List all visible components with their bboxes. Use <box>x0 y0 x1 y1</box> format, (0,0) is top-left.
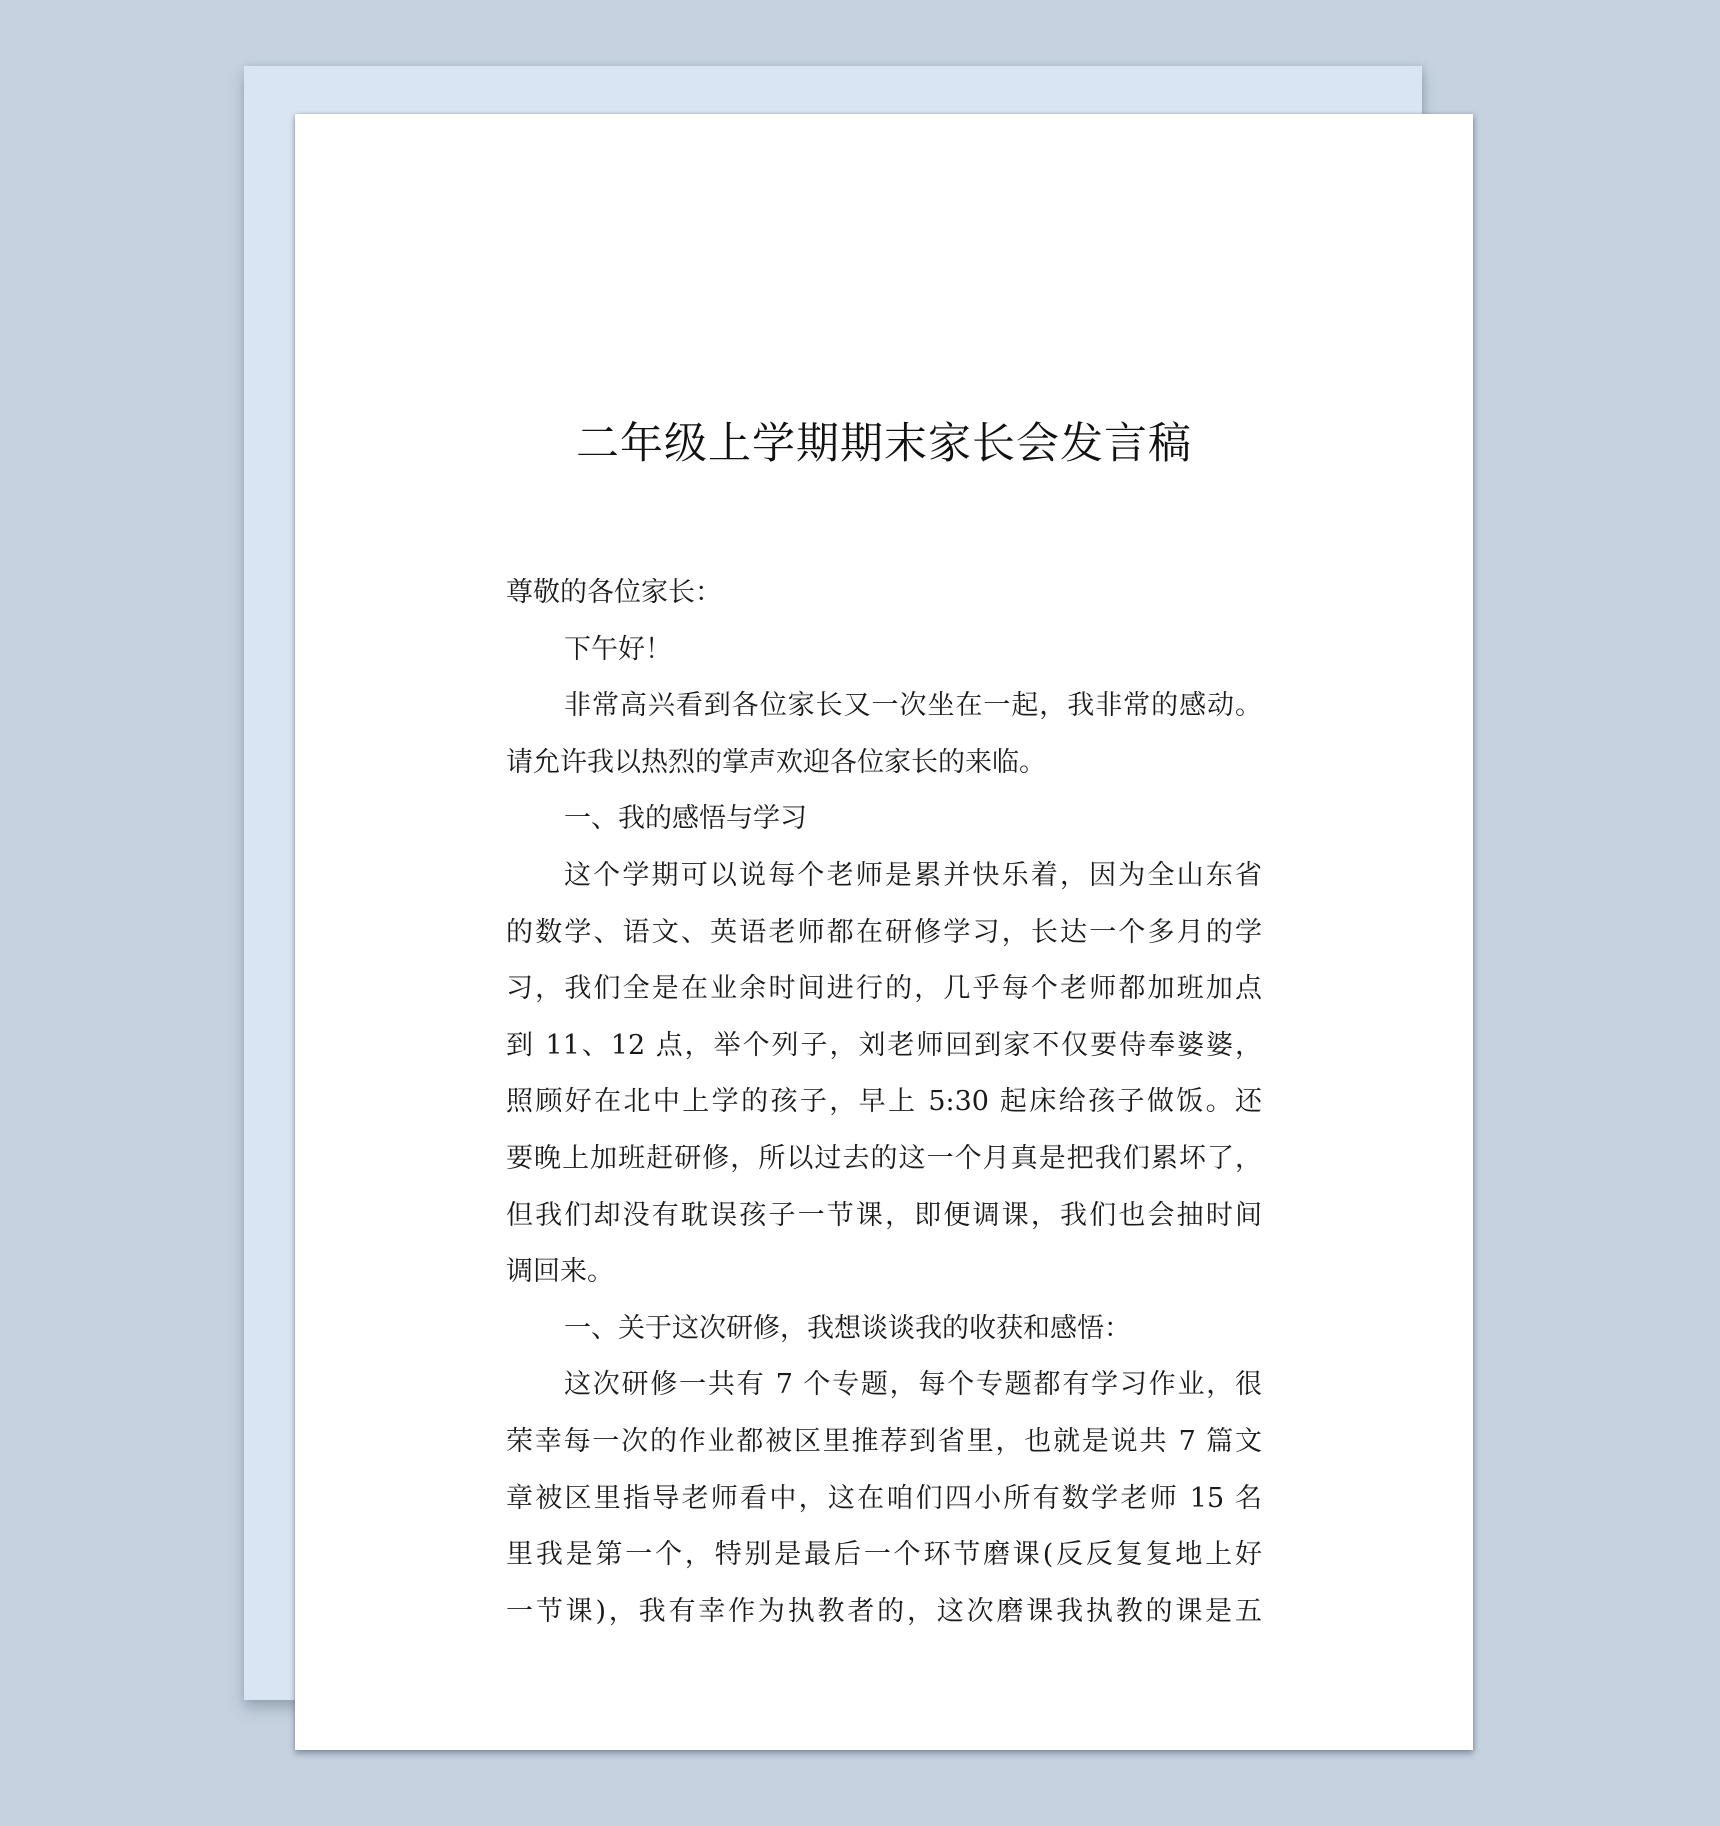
salutation-line: 尊敬的各位家长： <box>506 565 1262 622</box>
paragraph-line: 要晚上加班赶研修，所以过去的这一个月真是把我们累坏了， <box>506 1131 1262 1188</box>
paragraph-line: 里我是第一个，特别是最后一个环节磨课(反反复复地上好 <box>506 1527 1262 1584</box>
paragraph-line: 但我们却没有耽误孩子一节课，即便调课，我们也会抽时间 <box>506 1188 1262 1245</box>
paragraph-line: 到 11、12 点，举个列子，刘老师回到家不仅要侍奉婆婆， <box>506 1018 1262 1075</box>
paragraph-line: 这次研修一共有 7 个专题，每个专题都有学习作业，很 <box>506 1357 1262 1414</box>
document-body: 尊敬的各位家长： 下午好！ 非常高兴看到各位家长又一次坐在一起，我非常的感动。 … <box>506 565 1262 1640</box>
paragraph-line: 习，我们全是在业余时间进行的，几乎每个老师都加班加点 <box>506 961 1262 1018</box>
paragraph-line: 章被区里指导老师看中，这在咱们四小所有数学老师 15 名 <box>506 1471 1262 1528</box>
paragraph-line: 荣幸每一次的作业都被区里推荐到省里，也就是说共 7 篇文 <box>506 1414 1262 1471</box>
paragraph-line: 照顾好在北中上学的孩子，早上 5:30 起床给孩子做饭。还 <box>506 1074 1262 1131</box>
paragraph-line: 调回来。 <box>506 1244 1262 1301</box>
paragraph-line: 非常高兴看到各位家长又一次坐在一起，我非常的感动。 <box>506 678 1262 735</box>
paragraph-line: 这个学期可以说每个老师是累并快乐着，因为全山东省 <box>506 848 1262 905</box>
document-page: 二年级上学期期末家长会发言稿 尊敬的各位家长： 下午好！ 非常高兴看到各位家长又… <box>295 114 1473 1750</box>
paragraph-line: 的数学、语文、英语老师都在研修学习，长达一个多月的学 <box>506 905 1262 962</box>
paragraph-line: 请允许我以热烈的掌声欢迎各位家长的来临。 <box>506 735 1262 792</box>
paragraph-line: 一节课)，我有幸作为执教者的，这次磨课我执教的课是五 <box>506 1584 1262 1641</box>
greeting-line: 下午好！ <box>506 622 1262 679</box>
document-title: 二年级上学期期末家长会发言稿 <box>295 414 1473 474</box>
section-heading: 一、我的感悟与学习 <box>506 791 1262 848</box>
section-heading: 一、关于这次研修，我想谈谈我的收获和感悟： <box>506 1301 1262 1358</box>
